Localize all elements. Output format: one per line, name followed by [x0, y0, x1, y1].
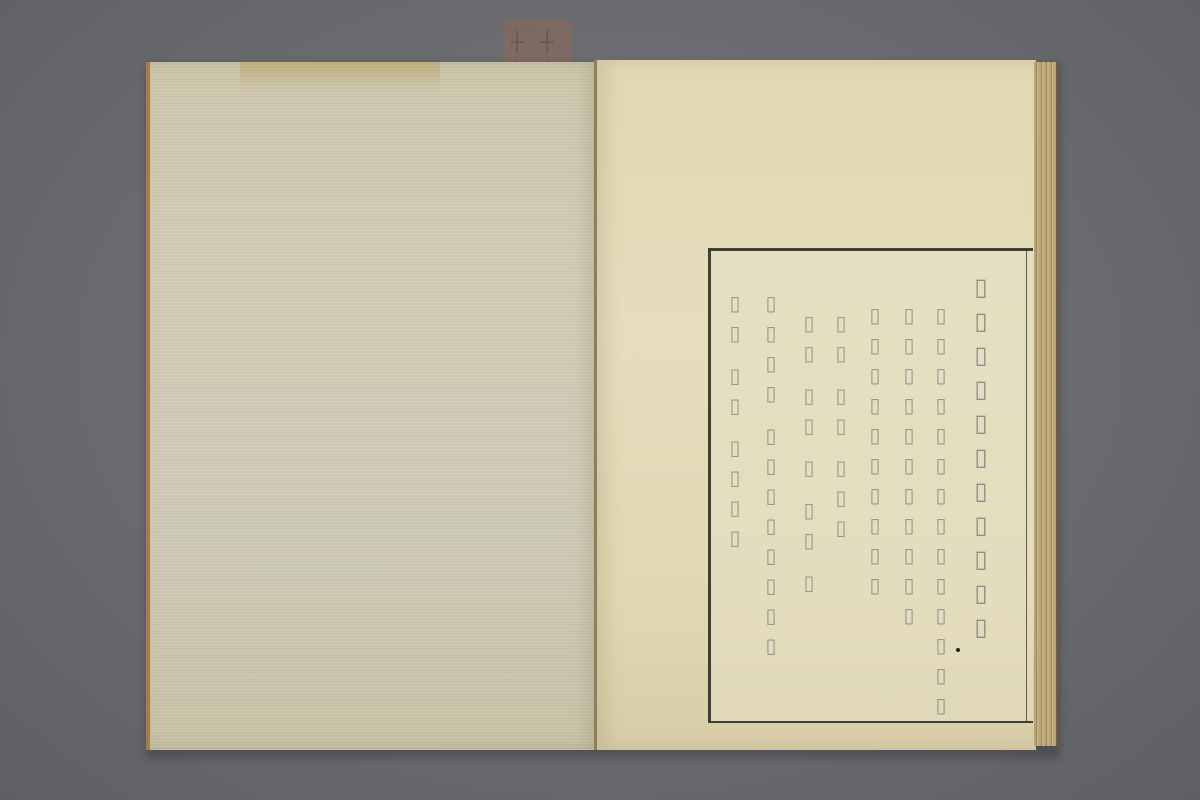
text-column: ▯▯ ▯▯ ▯ ▯▯ ▯ — [797, 311, 821, 600]
frame-rule — [1026, 251, 1027, 721]
text-column: ▯▯▯▯▯▯▯▯▯▯ — [863, 303, 887, 603]
text-column: ▯▯▯▯▯▯▯▯▯▯▯▯▯▯ — [929, 303, 953, 723]
page-wear — [240, 62, 440, 92]
text-column: ▯▯▯▯▯▯▯▯▯▯▯ — [897, 303, 921, 633]
ink-spot — [956, 648, 960, 652]
fore-edge — [1034, 62, 1058, 746]
book-gutter — [594, 60, 597, 750]
text-column: ▯▯ ▯▯ ▯▯▯ — [829, 311, 853, 546]
printed-text-block: ▯▯▯▯▯▯▯▯▯▯▯ ▯▯▯▯▯▯▯▯▯▯▯▯▯▯ ▯▯▯▯▯▯▯▯▯▯▯ ▯… — [708, 248, 1033, 723]
seal-mark: ┼ — [541, 32, 553, 52]
text-column-title: ▯▯▯▯▯▯▯▯▯▯▯ — [967, 273, 995, 647]
left-page — [146, 62, 600, 750]
seal-mark: ┼ — [511, 32, 523, 52]
text-column: ▯▯▯▯ ▯▯▯▯▯▯▯▯ — [759, 291, 783, 663]
text-column: ▯▯ ▯▯ ▯▯▯▯ — [723, 291, 747, 556]
